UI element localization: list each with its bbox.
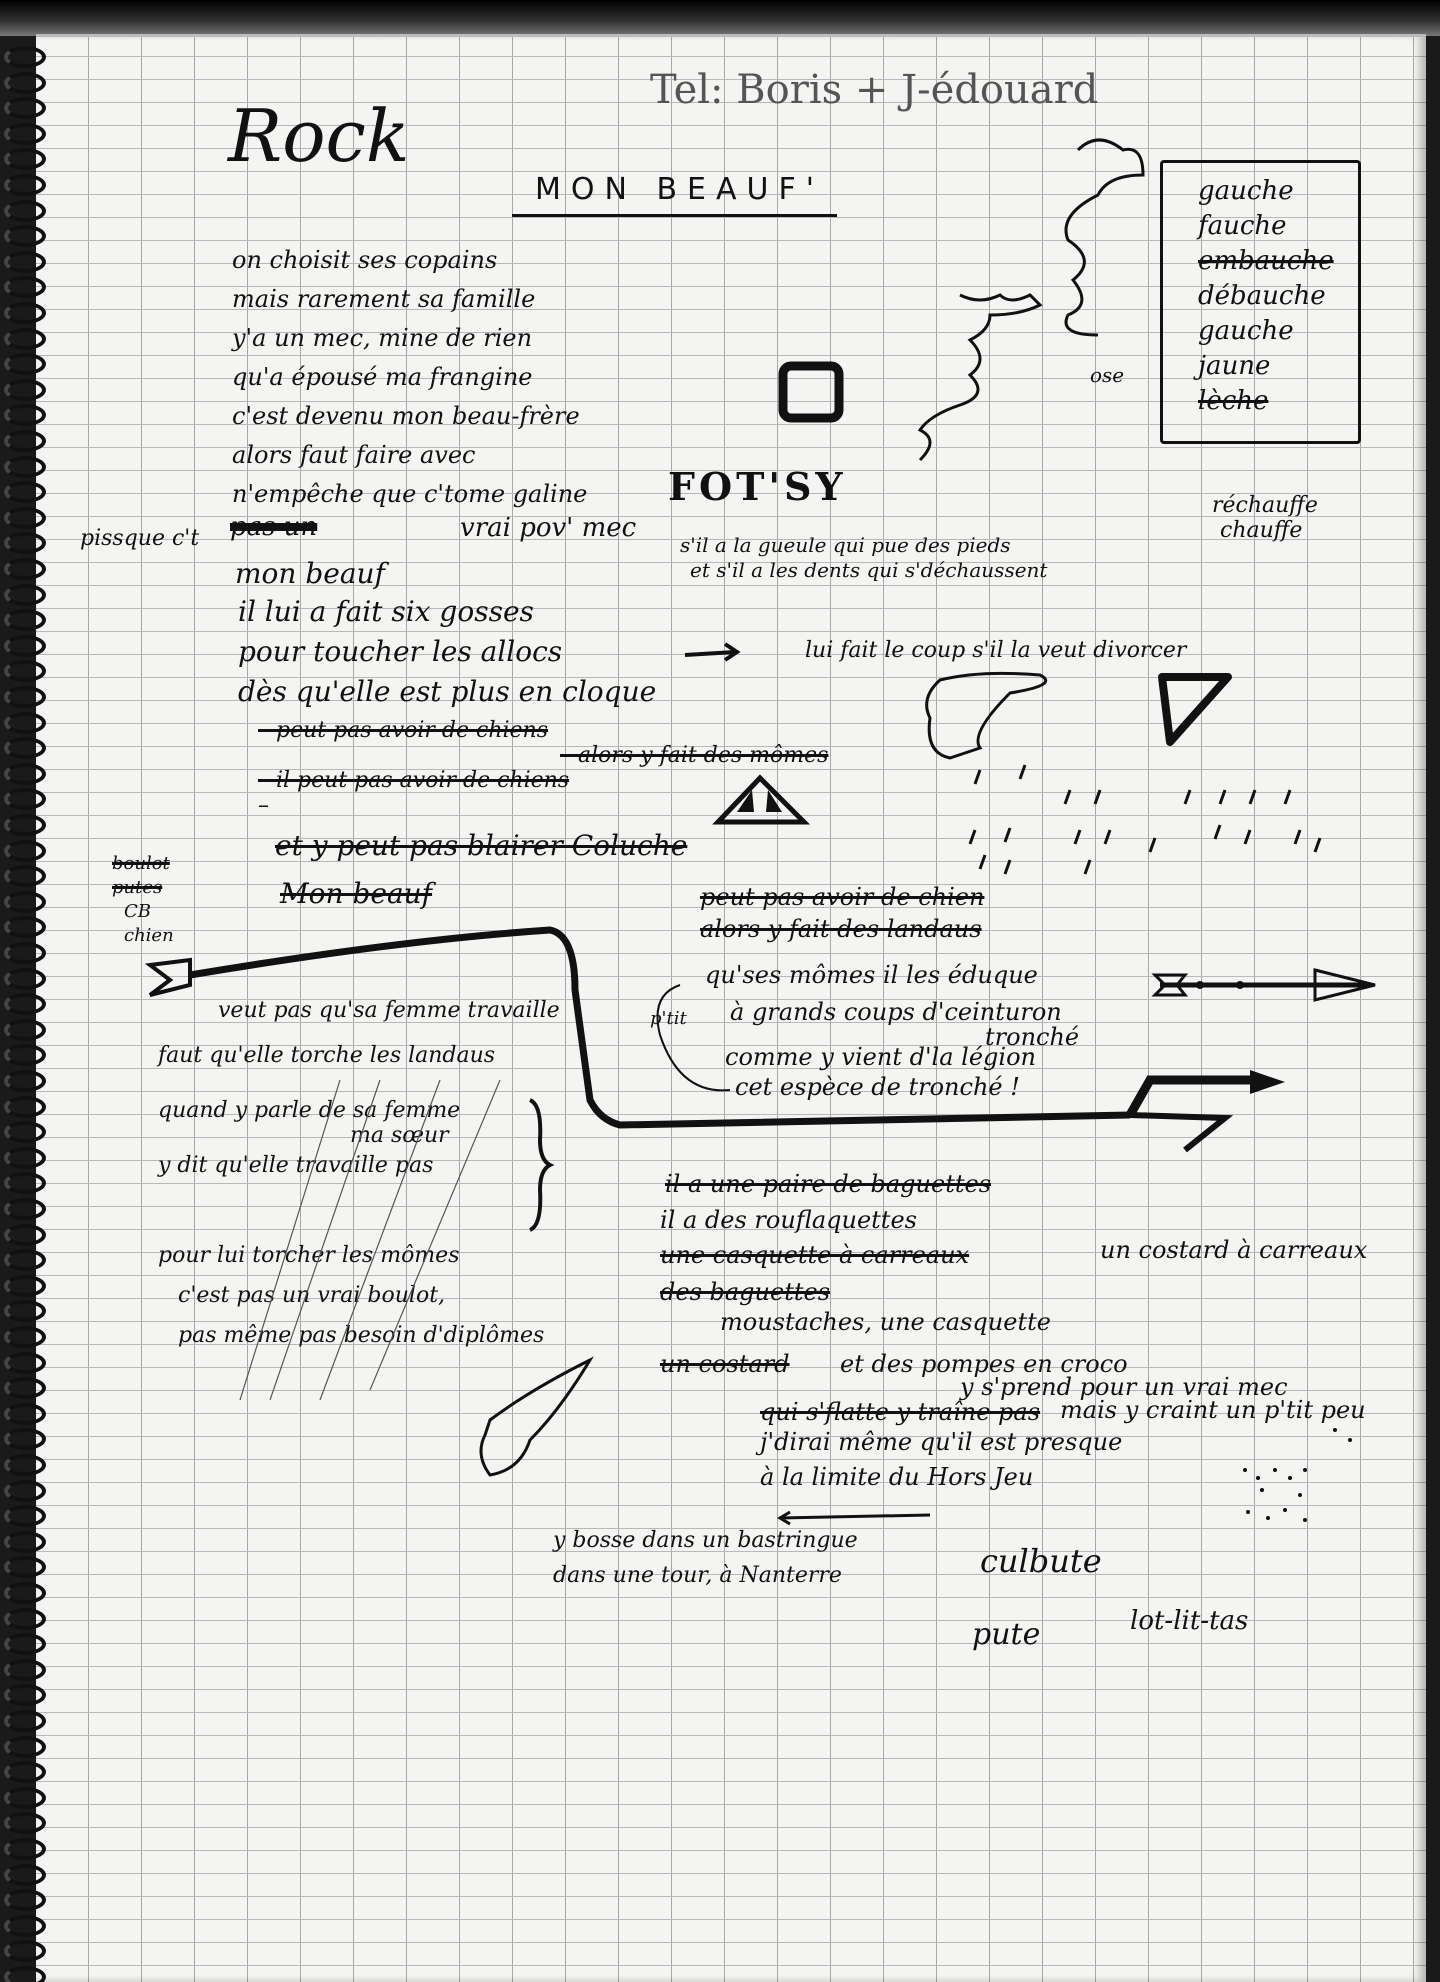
winged-head-doodle [927, 673, 1046, 758]
winged-head-doodle-2 [481, 1360, 590, 1475]
doodles-layer [0, 0, 1440, 1982]
arrowhead-right [1250, 1070, 1285, 1094]
profile-face-doodle [1066, 140, 1143, 335]
squiggle-doodle [920, 295, 1040, 460]
pencil-hatching [240, 1080, 500, 1400]
step-arrow-right [1130, 1080, 1260, 1115]
arrow-fletch-left [150, 960, 190, 995]
rain-dashes-doodle [970, 765, 1320, 874]
dots-doodle [1243, 1428, 1352, 1522]
small-arrow-allocs [685, 644, 737, 660]
feathered-arrow-right [1155, 970, 1375, 1000]
square-doodle [783, 366, 839, 418]
loop-arrow [658, 985, 731, 1090]
down-arrow-right [1130, 1115, 1225, 1150]
curly-brace [530, 1100, 550, 1230]
bent-arrow-left [190, 930, 1130, 1125]
aa-logo-doodle [718, 778, 804, 822]
triangle-doodle [1162, 677, 1228, 742]
bottom-arrow-line [780, 1512, 930, 1524]
